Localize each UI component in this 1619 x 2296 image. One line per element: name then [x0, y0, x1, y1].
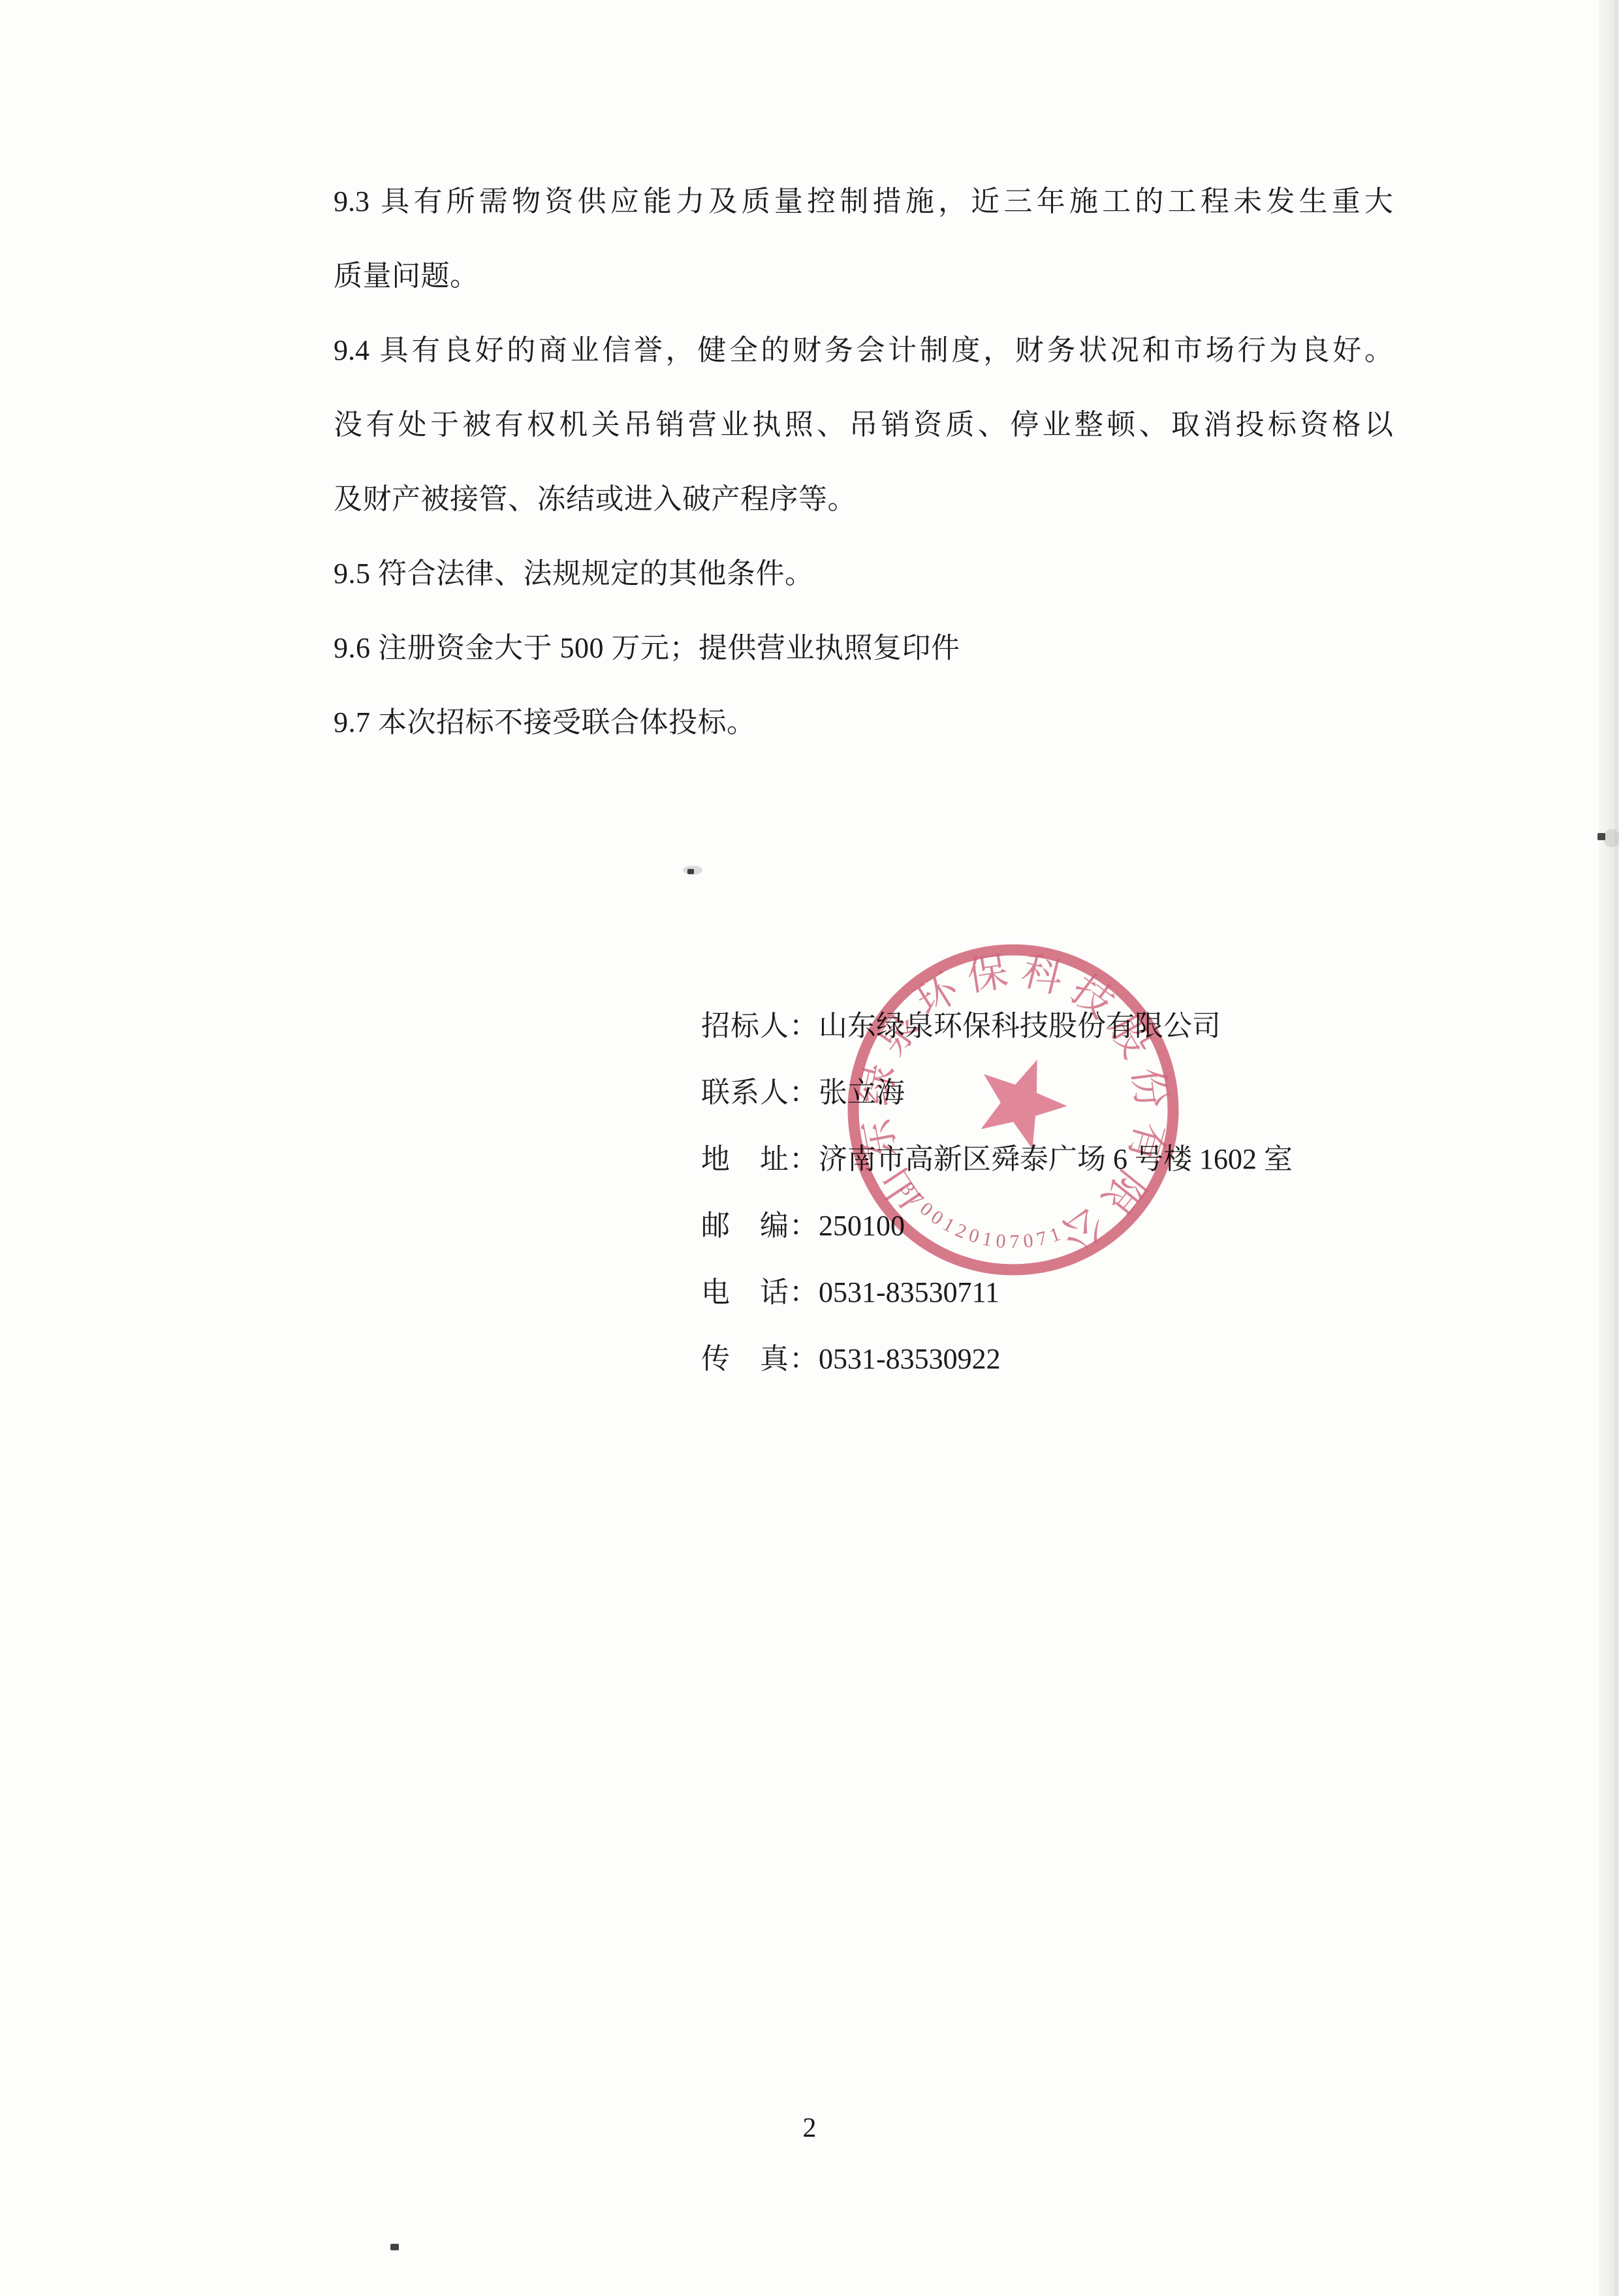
contact-value: 山东绿泉环保科技股份有限公司 [819, 1010, 1221, 1042]
contact-value: 张立海 [819, 1077, 905, 1109]
contact-value: 0531-83530922 [819, 1343, 1001, 1375]
contact-row-tenderee: 招标人：山东绿泉环保科技股份有限公司 [701, 993, 1293, 1060]
contact-label: 联系人： [701, 1077, 819, 1109]
contact-value: 250100 [819, 1210, 905, 1242]
ink-speck [1603, 829, 1619, 847]
contact-label: 传 真： [701, 1343, 819, 1375]
contact-value: 济南市高新区舜泰广场 6 号楼 1602 室 [819, 1143, 1293, 1175]
text-line: 9.7 本次招标不接受联合体投标。 [334, 685, 1393, 760]
contact-row-zipcode: 邮 编：250100 [701, 1193, 1293, 1259]
text-line: 9.5 符合法律、法规规定的其他条件。 [334, 537, 1393, 611]
contact-label: 地 址： [701, 1143, 819, 1175]
contact-row-phone: 电 话：0531-83530711 [701, 1259, 1293, 1326]
body-text: 9.3 具有所需物资供应能力及质量控制措施，近三年施工的工程未发生重大 质量问题… [334, 165, 1393, 760]
contact-row-person: 联系人：张立海 [701, 1060, 1293, 1126]
ink-speck [1597, 833, 1605, 840]
contact-label: 招标人： [701, 1010, 819, 1042]
contact-row-address: 地 址：济南市高新区舜泰广场 6 号楼 1602 室 [701, 1126, 1293, 1193]
contact-label: 电 话： [701, 1276, 819, 1308]
text-line: 质量问题。 [334, 239, 1393, 313]
contact-block: 招标人：山东绿泉环保科技股份有限公司 联系人：张立海 地 址：济南市高新区舜泰广… [701, 993, 1293, 1392]
ink-speck [687, 869, 694, 874]
scan-edge-line [1615, 0, 1617, 2296]
text-line: 9.3 具有所需物资供应能力及质量控制措施，近三年施工的工程未发生重大 [334, 165, 1393, 239]
contact-label: 邮 编： [701, 1210, 819, 1242]
contact-row-fax: 传 真：0531-83530922 [701, 1326, 1293, 1392]
ink-speck [390, 2244, 399, 2250]
text-line: 及财产被接管、冻结或进入破产程序等。 [334, 462, 1393, 537]
text-line: 没有处于被有权机关吊销营业执照、吊销资质、停业整顿、取消投标资格以 [334, 388, 1393, 462]
text-line: 9.4 具有良好的商业信誉，健全的财务会计制度，财务状况和市场行为良好。 [334, 313, 1393, 388]
page-number: 2 [777, 2113, 842, 2144]
contact-value: 0531-83530711 [819, 1276, 999, 1308]
document-page: 9.3 具有所需物资供应能力及质量控制措施，近三年施工的工程未发生重大 质量问题… [0, 0, 1619, 2296]
text-line: 9.6 注册资金大于 500 万元；提供营业执照复印件 [334, 611, 1393, 685]
